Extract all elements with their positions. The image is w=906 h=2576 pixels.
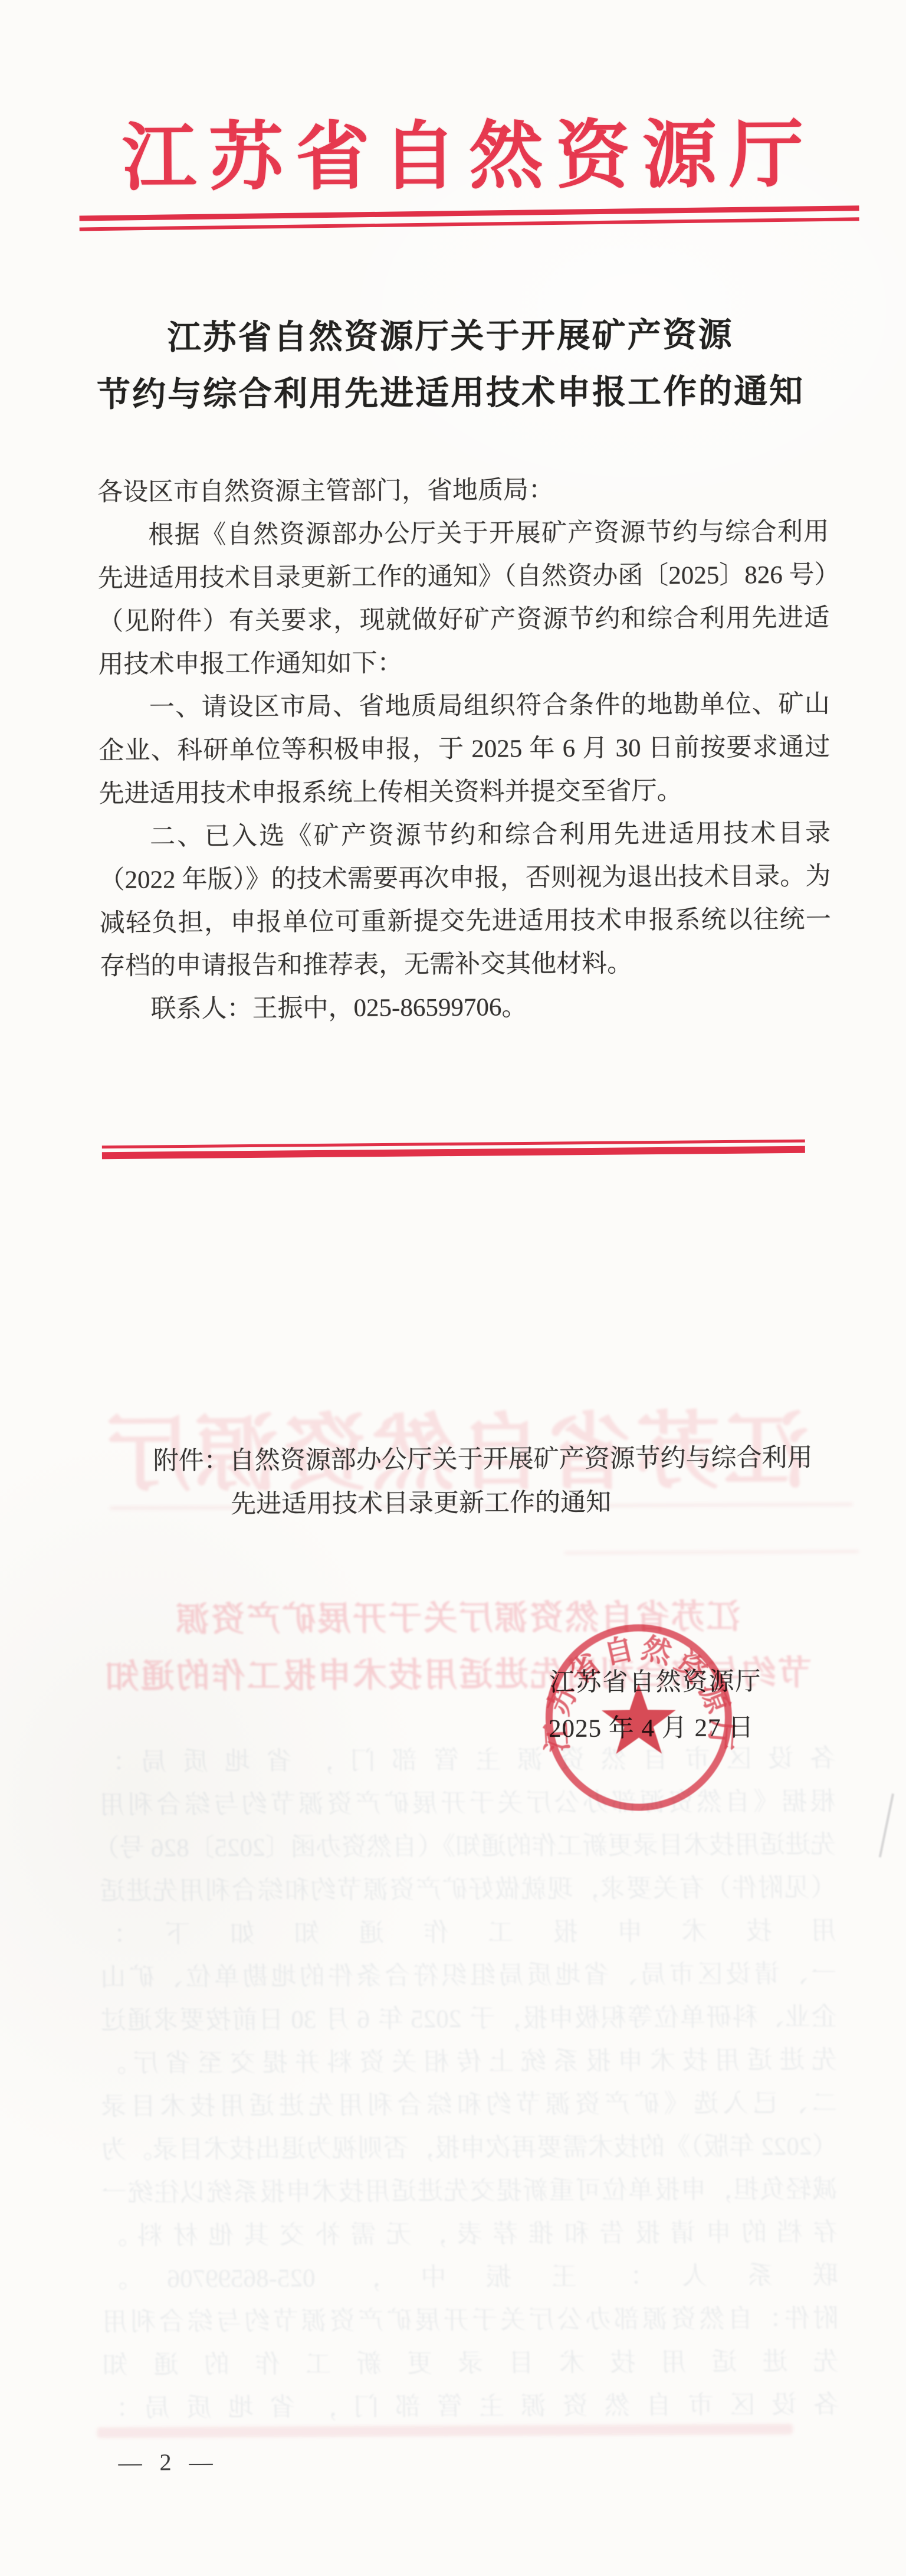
- bleed-through-smudge: [564, 1550, 859, 1554]
- bleed-through-line: 先进适用技术目录更新工作的通知: [103, 2347, 839, 2382]
- bleed-through-line: （见附件）有关要求，现就做好矿产资源节约和综合利用先进适: [100, 1873, 836, 1908]
- bleed-through-line: 用技术申报工作通知如下：: [100, 1916, 836, 1951]
- body-line: 根据《自然资源部办公厅关于开展矿产资源节约与综合利用: [97, 517, 829, 551]
- bleed-through-line: 联系人：王振中，025-86599706。: [102, 2261, 838, 2296]
- bleed-through-title-line1: 江苏省自然资源厅关于开展矿产资源: [4, 1598, 906, 1639]
- body-line: （2022 年版）》的技术需要再次申报，否则视为退出技术目录。为: [99, 862, 830, 896]
- attachment-note-line1: 附件：自然资源部办公厅关于开展矿产资源节约与综合利用: [153, 1443, 812, 1477]
- scanner-edge-artifact: [879, 1793, 894, 1858]
- body-line: 一、请设区市局、省地质局组织符合条件的地勘单位、矿山: [99, 689, 830, 724]
- star-icon: [602, 1683, 676, 1754]
- bleed-through-body-text: 各设区市自然资源主管部门，省地质局：根据《自然资源部办公厅关于开展矿产资源节约与…: [99, 1744, 839, 2444]
- bleed-through-line: 二、已入选《矿产资源节约和综合利用先进适用技术目录: [101, 2089, 837, 2123]
- body-line: 存档的申请报告和推荐表，无需补交其他材料。: [100, 948, 831, 982]
- attachment-note-line2: 先进适用技术目录更新工作的通知: [231, 1488, 611, 1520]
- document-title-line1: 江苏省自然资源厅关于开展矿产资源: [0, 316, 904, 358]
- bleed-through-line: （2022 年版）》的技术需要再次申报，否则视为退出技术目录。为: [101, 2132, 838, 2166]
- bleed-through-line: 一、请设区市局、省地质局组织符合条件的地勘单位、矿山: [100, 1959, 836, 1994]
- body-line: 联系人：王振中，025-86599706。: [100, 991, 831, 1025]
- bleed-through-title-line2: 节约与综合利用先进适用技术申报工作的通知: [4, 1655, 906, 1696]
- scanned-document-page: 江苏省自然资源厅 江苏省自然资源厅关于开展矿产资源 节约与综合利用先进适用技术申…: [0, 0, 906, 2576]
- bleed-through-line: 减轻负担，申报单位可重新提交先进适用技术申报系统以往统一: [101, 2175, 838, 2210]
- page-number: — 2 —: [118, 2448, 218, 2476]
- body-line: 减轻负担，申报单位可重新提交先进适用技术申报系统以往统一: [100, 905, 831, 939]
- bleed-through-line: 先进适用技术申报系统上传相关资料并提交至省厅。: [101, 2045, 837, 2080]
- body-line: 先进适用技术申报系统上传相关资料并提交至省厅。: [99, 775, 830, 810]
- closing-separator-rule-bottom: [102, 1146, 805, 1159]
- scan-content: 江苏省自然资源厅 江苏省自然资源厅关于开展矿产资源 节约与综合利用先进适用技术申…: [0, 0, 906, 2576]
- body-line: 企业、科研单位等积极申报，于 2025 年 6 月 30 日前按要求通过: [99, 732, 830, 767]
- bleed-through-line: 各设区市自然资源主管部门，省地质局：: [103, 2390, 839, 2425]
- bleed-through-line: 先进适用技术目录更新工作的通知》（自然资办函〔2025〕826 号）: [100, 1830, 836, 1865]
- body-line: 用技术申报工作通知如下：: [98, 646, 829, 680]
- attachment-title-part1: 自然资源部办公厅关于开展矿产资源节约与综合利用: [229, 1444, 813, 1475]
- body-line: （见附件）有关要求，现就做好矿产资源节约和综合利用先进适: [98, 603, 829, 637]
- body-line: 二、已入选《矿产资源节约和综合利用先进适用技术目录: [99, 819, 830, 853]
- body-text: 各设区市自然资源主管部门，省地质局：根据《自然资源部办公厅关于开展矿产资源节约与…: [0, 0, 902, 2]
- bleed-through-line: 存档的申请报告和推荐表，无需补交其他材料。: [101, 2218, 838, 2253]
- body-line: 各设区市自然资源主管部门，省地质局：: [97, 474, 829, 508]
- attachment-label: 附件：: [153, 1447, 229, 1475]
- agency-letterhead: 江苏省自然资源厅: [122, 115, 804, 202]
- bleed-through-line: 企业、科研单位等积极申报，于 2025 年 6 月 30 日前按要求通过: [100, 2002, 836, 2037]
- body-line: 先进适用技术目录更新工作的通知》（自然资办函〔2025〕826 号）: [98, 560, 829, 594]
- bleed-through-line: 附件：自然资源部办公厅关于开展矿产资源节约与综合利用: [102, 2304, 838, 2339]
- official-seal-stamp: 江苏省自然资源厅: [537, 1615, 741, 1820]
- bleed-through-smudge: [97, 2424, 793, 2438]
- document-title-line2: 节约与综合利用先进适用技术申报工作的通知: [0, 373, 904, 414]
